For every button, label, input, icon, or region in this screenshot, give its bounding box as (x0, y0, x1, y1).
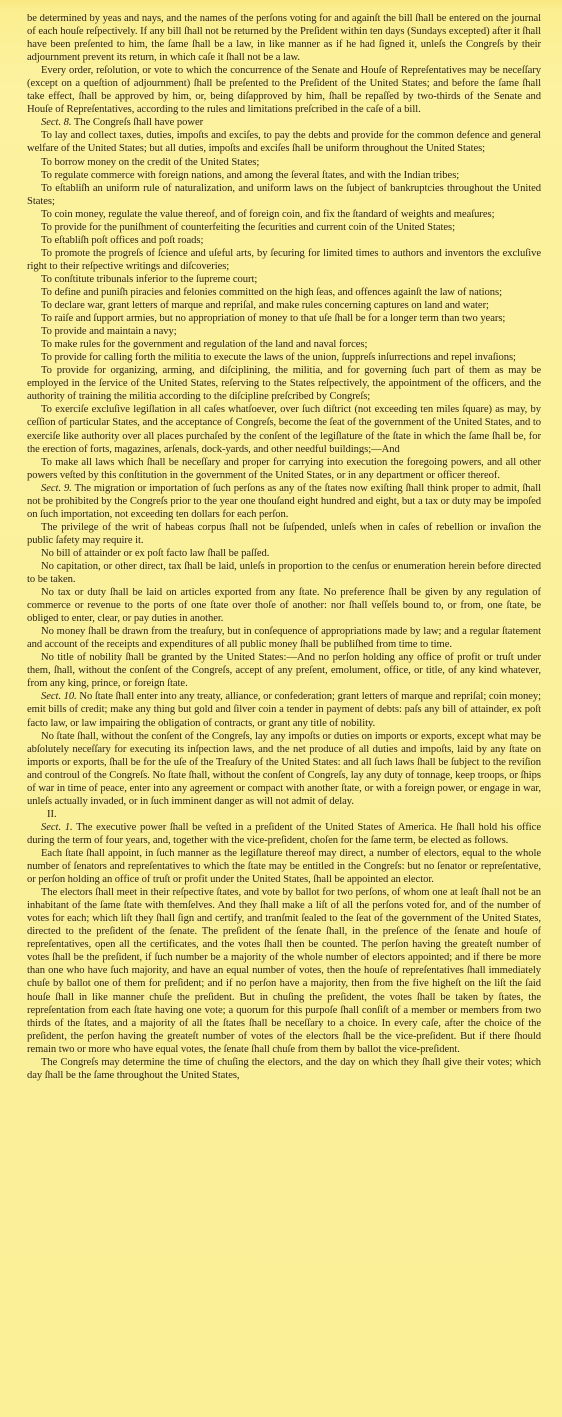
paragraph-text: Every order, reſolution, or vote to whic… (27, 65, 541, 115)
section-text: The Congreſs ſhall have power (72, 117, 204, 128)
paragraph: To regulate commerce with foreign nation… (27, 169, 541, 182)
paragraph-text: To raiſe and ſupport armies, but no appr… (41, 313, 505, 324)
paragraph: The privilege of the writ of habeas corp… (27, 521, 541, 547)
paragraph: To coin money, regulate the value thereo… (27, 208, 541, 221)
paragraph: To make rules for the government and reg… (27, 338, 541, 351)
continued-paragraph: be determined by yeas and nays, and the … (27, 12, 541, 64)
paragraph-text: To exerciſe excluſive legiſlation in all… (27, 404, 541, 454)
paragraph-text: To make all laws which ſhall be neceſſar… (27, 457, 541, 481)
paragraph-text: To provide and maintain a navy; (41, 326, 177, 337)
article-heading: II. (27, 808, 541, 821)
section-paragraph: Sect. 8. The Congreſs ſhall have power (27, 116, 541, 129)
paragraph: To lay and collect taxes, duties, impoſt… (27, 129, 541, 155)
paragraph-text: To eſtabliſh poſt offices and poſt roads… (41, 235, 203, 246)
paragraph: To make all laws which ſhall be neceſſar… (27, 456, 541, 482)
paragraph: No capitation, or other direct, tax ſhal… (27, 560, 541, 586)
paragraph-text: To define and puniſh piracies and feloni… (41, 287, 502, 298)
paragraph: To define and puniſh piracies and feloni… (27, 286, 541, 299)
section-paragraph: Sect. 9. The migration or importation of… (27, 482, 541, 521)
paragraph: To borrow money on the credit of the Uni… (27, 156, 541, 169)
paragraph-text: To lay and collect taxes, duties, impoſt… (27, 130, 541, 154)
paragraph-text: No ſtate ſhall, without the conſent of t… (27, 731, 541, 807)
paragraph-text: To promote the progreſs of ſcience and u… (27, 248, 541, 272)
section-label: Sect. 9. (41, 483, 72, 494)
paragraph-text: To declare war, grant letters of marque … (41, 300, 489, 311)
paragraph: No bill of attainder or ex poſt facto la… (27, 547, 541, 560)
document-body: be determined by yeas and nays, and the … (27, 12, 541, 1082)
paragraph-text: No title of nobility ſhall be granted by… (27, 652, 541, 689)
paragraph-text: Each ſtate ſhall appoint, in ſuch manner… (27, 848, 541, 885)
paragraph-text: The electors ſhall meet in their reſpect… (27, 887, 541, 1055)
document-page: be determined by yeas and nays, and the … (0, 0, 562, 1417)
paragraph: To raiſe and ſupport armies, but no appr… (27, 312, 541, 325)
paragraph-text: To regulate commerce with foreign nation… (41, 170, 459, 181)
paragraph: To provide for calling forth the militia… (27, 351, 541, 364)
paragraph: To eſtabliſh an uniform rule of naturali… (27, 182, 541, 208)
section-text: The executive power ſhall be veſted in a… (27, 822, 541, 846)
paragraph: The Congreſs may determine the time of c… (27, 1056, 541, 1082)
paragraph-text: No tax or duty ſhall be laid on articles… (27, 587, 541, 624)
paragraph-text: The privilege of the writ of habeas corp… (27, 522, 541, 546)
paragraph: No ſtate ſhall, without the conſent of t… (27, 730, 541, 808)
section-paragraph: Sect. 10. No ſtate ſhall enter into any … (27, 690, 541, 729)
paragraph-text: To borrow money on the credit of the Uni… (41, 157, 259, 168)
paragraph: No money ſhall be drawn from the treaſur… (27, 625, 541, 651)
paragraph: No tax or duty ſhall be laid on articles… (27, 586, 541, 625)
paragraph: To provide and maintain a navy; (27, 325, 541, 338)
paragraph-text: To eſtabliſh an uniform rule of naturali… (27, 183, 541, 207)
section-label: Sect. 1. (41, 822, 73, 833)
paragraph: To eſtabliſh poſt offices and poſt roads… (27, 234, 541, 247)
paragraph-text: No capitation, or other direct, tax ſhal… (27, 561, 541, 585)
paragraph: To provide for organizing, arming, and d… (27, 364, 541, 403)
paragraph: Every order, reſolution, or vote to whic… (27, 64, 541, 116)
paragraph: To promote the progreſs of ſcience and u… (27, 247, 541, 273)
paragraph-text: To conſtitute tribunals inferior to the … (41, 274, 257, 285)
section-text: No ſtate ſhall enter into any treaty, al… (27, 691, 541, 728)
paragraph: No title of nobility ſhall be granted by… (27, 651, 541, 690)
section-label: Sect. 10. (41, 691, 77, 702)
paragraph-text: To provide for organizing, arming, and d… (27, 365, 541, 402)
section-label: Sect. 8. (41, 117, 72, 128)
paragraph: To declare war, grant letters of marque … (27, 299, 541, 312)
paragraph-text: No money ſhall be drawn from the treaſur… (27, 626, 541, 650)
paragraph: To provide for the puniſhment of counter… (27, 221, 541, 234)
page-top-edge (0, 0, 562, 10)
paragraph-text: No bill of attainder or ex poſt facto la… (41, 548, 269, 559)
paragraph: Each ſtate ſhall appoint, in ſuch manner… (27, 847, 541, 886)
section-text: The migration or importation of ſuch per… (27, 483, 541, 520)
paragraph: To exerciſe excluſive legiſlation in all… (27, 403, 541, 455)
article-number: II. (47, 809, 57, 820)
paragraph-text: be determined by yeas and nays, and the … (27, 13, 541, 63)
paragraph: The electors ſhall meet in their reſpect… (27, 886, 541, 1056)
paragraph-text: To provide for the puniſhment of counter… (41, 222, 455, 233)
paragraph-text: To coin money, regulate the value thereo… (41, 209, 495, 220)
paragraph-text: To make rules for the government and reg… (41, 339, 367, 350)
section-paragraph: Sect. 1. The executive power ſhall be ve… (27, 821, 541, 847)
paragraph-text: The Congreſs may determine the time of c… (27, 1057, 541, 1081)
paragraph-text: To provide for calling forth the militia… (41, 352, 516, 363)
paragraph: To conſtitute tribunals inferior to the … (27, 273, 541, 286)
